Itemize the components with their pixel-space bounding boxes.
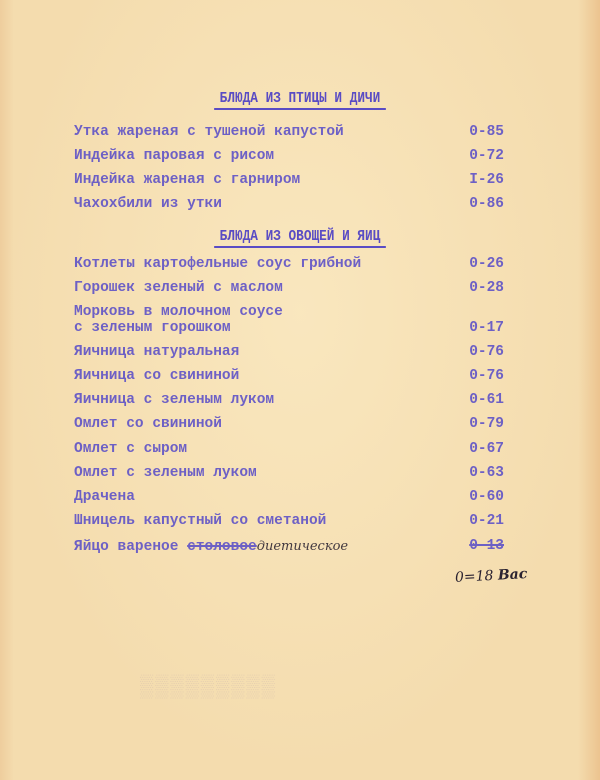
document-page: ▒▒▒▒▒▒▒▒▒ БЛЮДА ИЗ ПТИЦЫ И ДИЧИ Утка жар… <box>0 0 600 780</box>
struck-word: столовое <box>187 539 257 555</box>
struck-price: 0-13 <box>469 538 504 555</box>
handwritten-price-correction: 0=18 Вас <box>455 566 528 586</box>
signature: Вас <box>497 566 527 584</box>
item-name: Яйцо вареное <box>74 539 178 555</box>
section-heading-poultry: БЛЮДА ИЗ ПТИЦЫ И ДИЧИ <box>45 90 555 110</box>
handwritten-word: диетическое <box>257 539 348 554</box>
section-heading-vegetables-eggs: БЛЮДА ИЗ ОВОЩЕЙ И ЯИЦ <box>45 228 555 248</box>
bleed-through-text: ▒▒▒▒▒▒▒▒▒ <box>140 675 277 700</box>
